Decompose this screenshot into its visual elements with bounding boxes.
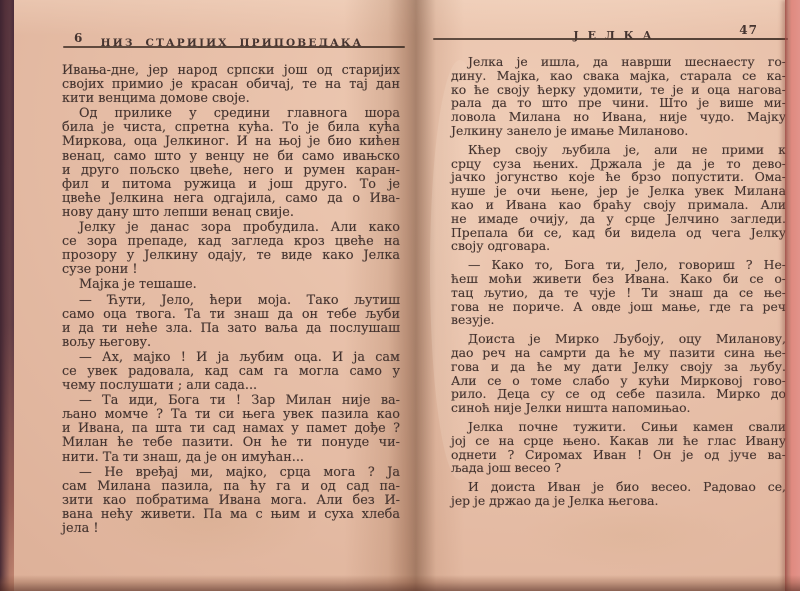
text-line: нуше је очи њене, јер је Јелка увек Мила…: [451, 184, 786, 198]
text-line: Кћер своју љубила је, али не прими к: [451, 143, 786, 157]
text-line: не имаде очију, да у срце Јелчино заглед…: [451, 212, 786, 226]
text-line: и друго пољско цвеће, него и румен каран…: [62, 164, 400, 178]
text-line: и да ти неће зла. Па зато ваља да послуш…: [62, 322, 400, 336]
text-line: дину. Мајка, као свака мајка, старала се…: [451, 69, 786, 83]
text-line: синоћ није Јелки ништа напомињао.: [451, 401, 786, 415]
page-number-left: 6: [74, 31, 83, 45]
text-line: Доиста је Мирко Љубоју, оцу Миланову,: [451, 332, 786, 346]
text-line: гова не пориче. А овде још мање, где га …: [451, 300, 786, 314]
paper-stain: [520, 500, 740, 570]
text-line: — Ћути, Јело, ћери моја. Тако љутиш: [62, 294, 400, 308]
text-line: вољу његову.: [62, 336, 400, 350]
text-line: Препала би се, кад би видела од чега Јел…: [451, 226, 786, 240]
text-line: гова и да ће му дати Јелку своју за љубу…: [451, 360, 786, 374]
text-line: зити као побратима Ивана мога. Али без И…: [62, 494, 400, 508]
text-line: своју одговара.: [451, 239, 786, 253]
text-line: ћеш моћи живети без Ивана. Како би се о-: [451, 272, 786, 286]
book-scan: 6 НИЗ СТАРИЈИХ ПРИПОВЕДАКА Ивања-дне, је…: [0, 0, 800, 591]
text-line: јела !: [62, 522, 400, 536]
text-line: фил и питома ружица и још друго. То је: [62, 178, 400, 192]
text-line: рала да то што пре чини. Што је више ми-: [451, 96, 786, 110]
text-line: Миркова, оца Јелкиног. И на њој је био к…: [62, 135, 400, 149]
text-line: Ивања-дне, јер народ српски још од стари…: [62, 64, 400, 78]
paragraph: Јелка је ишла, да наврши шеснаесту го-ди…: [451, 55, 786, 138]
text-line: рило. Деца су се од себе пазила. Мирко д…: [451, 387, 786, 401]
header-rule-right: [433, 38, 788, 40]
paragraph: Јелку је данас зора пробудила. Али какос…: [62, 221, 400, 277]
book-cover-edge-right: [785, 0, 800, 591]
text-line: ко ће своју ћерку удомити, те је и оца н…: [451, 83, 786, 97]
text-line: кити венцима домове своје.: [62, 92, 400, 106]
text-line: својих примио је красан обичај, те на та…: [62, 78, 400, 92]
text-line: — Не вређај ми, мајко, срца мога ? Ја: [62, 466, 400, 480]
text-line: везује.: [451, 313, 786, 327]
text-line: Јелку је данас зора пробудила. Али како: [62, 221, 400, 235]
text-line: — Ах, мајко ! И ја љубим оца. И ја сам: [62, 351, 400, 365]
text-line: љано момче ? Та ти си њега увек пазила к…: [62, 408, 400, 422]
text-line: ловола Милана но Ивана, није чудо. Мајку: [451, 110, 786, 124]
text-line: вана нећу живети. Па ма с њим и суха хле…: [62, 508, 400, 522]
paragraph: Мајка је тешаше.: [62, 278, 400, 292]
text-line: као и Ивана као браћу своју примала. Али: [451, 198, 786, 212]
running-title-right: ЈЕЛКА: [573, 29, 660, 42]
paragraph: Кћер своју љубила је, али не прими ксрцу…: [451, 143, 786, 253]
paragraph: Доиста је Мирко Љубоју, оцу Миланову,дао…: [451, 332, 786, 415]
text-line: Милан ће тебе пазити. Он ће ти понуде чи…: [62, 436, 400, 450]
text-line: нову дану што лепши венац свије.: [62, 206, 400, 220]
text-line: однети ? Сиромах Иван ! Он је од јуче ва…: [451, 448, 786, 462]
paragraph: — Ћути, Јело, ћери моја. Тако љутишсамо …: [62, 294, 400, 350]
text-line: Мајка је тешаше.: [62, 278, 400, 292]
paragraph: — Не вређај ми, мајко, срца мога ? Јасам…: [62, 466, 400, 536]
page-number-right: 47: [739, 23, 758, 37]
text-line: само оца твога. Та ти знаш да он тебе љу…: [62, 308, 400, 322]
text-line: Јелкину занело је имање Миланово.: [451, 124, 786, 138]
text-line: прозору у Јелкину одају, те виде како Је…: [62, 249, 400, 263]
text-line: се зора препаде, кад загледа кроз цвеће …: [62, 235, 400, 249]
text-line: јер је држао да је Јелка његова.: [451, 494, 786, 508]
book-spine-edge-left: [0, 0, 14, 591]
book-bottom-shadow: [0, 575, 800, 591]
paragraph: — Та иди, Бога ти ! Зар Милан није ва-ља…: [62, 394, 400, 464]
text-line: се увек радовала, кад сам га могла само …: [62, 365, 400, 379]
text-line: сам Милана пазила, па ћу га и од сад па-: [62, 480, 400, 494]
paragraph: Од прилике у средини главнога шорабила ј…: [62, 107, 400, 220]
text-line: сузе рони !: [62, 263, 400, 277]
text-line: — Та иди, Бога ти ! Зар Милан није ва-: [62, 394, 400, 408]
paragraph: — Ах, мајко ! И ја љубим оца. И ја самсе…: [62, 351, 400, 393]
text-line: дао реч на самрти да ће му пазити сина њ…: [451, 346, 786, 360]
text-line: Јелка почне тужити. Сињи камен свали: [451, 420, 786, 434]
text-line: Али се о томе слабо у кући Мирковој гово…: [451, 374, 786, 388]
text-line: — Како то, Бога ти, Јело, говориш ? Не-: [451, 258, 786, 272]
text-line: чему послушати ; али сада...: [62, 379, 400, 393]
text-line: нити. Та ти знаш, да је он имућан...: [62, 451, 400, 465]
text-line: срцу суза њених. Држала је да је то дево…: [451, 157, 786, 171]
paragraph: И доиста Иван је био весео. Радовао се,ј…: [451, 480, 786, 508]
text-line: јој се на срце њено. Какав ли ће глас Ив…: [451, 434, 786, 448]
paragraph: Ивања-дне, јер народ српски још од стари…: [62, 64, 400, 106]
paragraph: Јелка почне тужити. Сињи камен свалијој …: [451, 420, 786, 475]
text-line: венац, само што у венцу не би само ивањс…: [62, 150, 400, 164]
text-line: јачко јогунство које ће брзо попустити. …: [451, 170, 786, 184]
page-right-text: Јелка је ишла, да наврши шеснаесту го-ди…: [451, 55, 786, 508]
header-rule-left: [63, 46, 405, 48]
paragraph: — Како то, Бога ти, Јело, говориш ? Не-ћ…: [451, 258, 786, 327]
text-line: љада још весео ?: [451, 461, 786, 475]
text-line: тац љутио, да те чује ! Ти знаш да се ње…: [451, 286, 786, 300]
running-header-right: ЈЕЛКА 47: [448, 24, 786, 43]
text-line: Јелка је ишла, да наврши шеснаесту го-: [451, 55, 786, 69]
page-left-text: Ивања-дне, јер народ српски још од стари…: [62, 64, 400, 536]
text-line: И доиста Иван је био весео. Радовао се,: [451, 480, 786, 494]
text-line: цвеће Јелкина нега одгајила, само да о И…: [62, 192, 400, 206]
